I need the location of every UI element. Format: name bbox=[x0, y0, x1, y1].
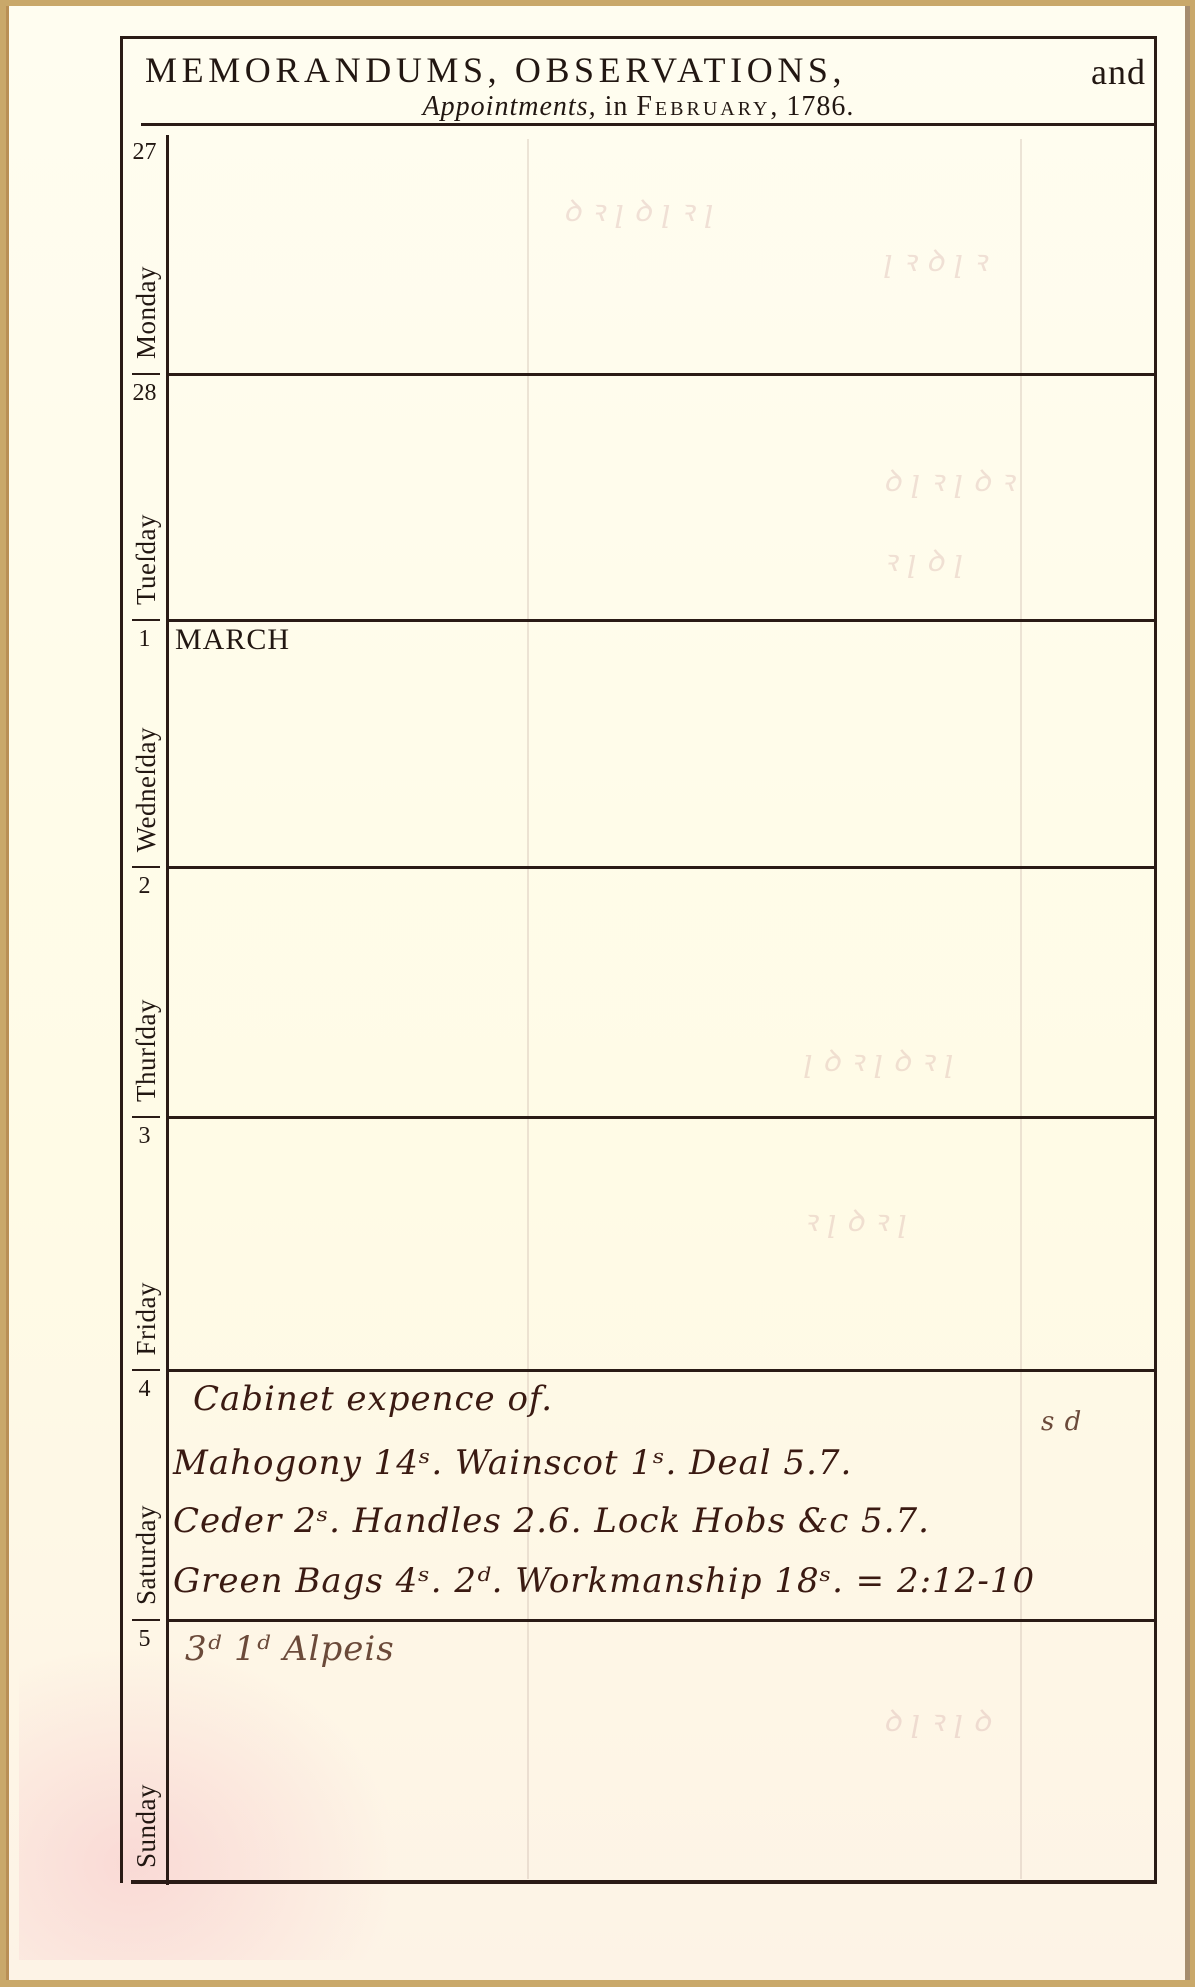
bleed-through-text: ꝺ ꞁ ꝛ ꞁ ꝺ ꝛ bbox=[883, 459, 1014, 500]
header-year: , 1786. bbox=[770, 91, 854, 122]
handwritten-line: 3ᵈ 1ᵈ Alpeis bbox=[185, 1629, 395, 1669]
day-separator bbox=[169, 1369, 1154, 1372]
day-number: 27 bbox=[123, 139, 166, 166]
day-column-rule bbox=[166, 135, 169, 1885]
day-separator-tick bbox=[132, 1116, 160, 1118]
day-separator-tick bbox=[132, 619, 160, 621]
bleed-through-text: ꝺ ꝛ ꞁ ꝺ ꞁ ꝛ ꞁ bbox=[563, 189, 713, 230]
day-separator bbox=[169, 1116, 1154, 1119]
day-separator bbox=[169, 1619, 1154, 1622]
day-name: Saturday bbox=[131, 1505, 159, 1605]
bleed-through-text: ꞁ ꝛ ꝺ ꞁ ꝛ bbox=[883, 239, 987, 280]
day-separator bbox=[169, 619, 1154, 622]
day-name: Wedneſday bbox=[131, 727, 159, 852]
day-separator bbox=[169, 866, 1154, 869]
bleed-rule bbox=[1020, 139, 1022, 1879]
day-name: Monday bbox=[131, 266, 159, 359]
header-title-and: and bbox=[1091, 51, 1146, 93]
header-title-main: MEMORANDUMS, OBSERVATIONS, bbox=[145, 50, 846, 90]
day-number: 1 bbox=[123, 626, 166, 653]
bleed-through-text: ꝛ ꞁ ꝺ ꝛ ꞁ bbox=[803, 1199, 907, 1240]
header-appointments: Appointments, bbox=[423, 91, 597, 122]
day-separator bbox=[169, 373, 1154, 376]
page-header: MEMORANDUMS, OBSERVATIONS, and Appointme… bbox=[123, 39, 1154, 126]
header-rule bbox=[141, 123, 1154, 126]
day-name: Tueſday bbox=[131, 514, 159, 605]
page-frame: MEMORANDUMS, OBSERVATIONS, and Appointme… bbox=[120, 36, 1157, 1883]
page-frame-bottom-rule bbox=[131, 1880, 1157, 1884]
day-cell-thursday: 2 Thurſday bbox=[123, 869, 166, 1116]
day-cell-monday: 27 Monday bbox=[123, 135, 166, 373]
day-cell-sunday: 5 Sunday bbox=[123, 1622, 166, 1882]
bleed-rule bbox=[527, 139, 529, 1879]
handwritten-superscript: s d bbox=[1041, 1407, 1082, 1437]
day-number: 5 bbox=[123, 1626, 166, 1653]
header-title-line2: Appointments, in February, 1786. bbox=[123, 91, 1154, 123]
bleed-through-text: ꝺ ꞁ ꝛ ꞁ ꝺ bbox=[883, 1699, 991, 1740]
day-separator-tick bbox=[132, 866, 160, 868]
day-name: Friday bbox=[131, 1282, 159, 1356]
bleed-through-text: ꝛ ꞁ ꝺ ꞁ bbox=[883, 539, 963, 580]
day-separator-tick bbox=[132, 1619, 160, 1621]
almanac-page: MEMORANDUMS, OBSERVATIONS, and Appointme… bbox=[6, 6, 1190, 1980]
day-cell-saturday: 4 Saturday bbox=[123, 1372, 166, 1619]
handwritten-line: Ceder 2ˢ. Handles 2.6. Lock Hobs &c 5.7. bbox=[173, 1501, 930, 1541]
header-month: February bbox=[636, 91, 770, 122]
day-name: Thurſday bbox=[131, 999, 159, 1102]
day-number: 3 bbox=[123, 1123, 166, 1150]
day-cell-tuesday: 28 Tueſday bbox=[123, 376, 166, 619]
day-cell-friday: 3 Friday bbox=[123, 1119, 166, 1369]
header-title-line1: MEMORANDUMS, OBSERVATIONS, and bbox=[145, 49, 1146, 93]
day-number: 2 bbox=[123, 873, 166, 900]
header-in: in bbox=[597, 91, 637, 122]
handwritten-line: Green Bags 4ˢ. 2ᵈ. Workmanship 18ˢ. = 2:… bbox=[173, 1561, 1035, 1601]
handwritten-line: Cabinet expence of. bbox=[193, 1379, 553, 1419]
day-cell-wednesday: 1 Wedneſday bbox=[123, 622, 166, 866]
day-number: 28 bbox=[123, 380, 166, 407]
bleed-through-text: ꞁ ꝺ ꝛ ꞁ ꝺ ꝛ ꞁ bbox=[803, 1039, 953, 1080]
day-separator-tick bbox=[132, 373, 160, 375]
day-number: 4 bbox=[123, 1376, 166, 1403]
handwritten-line: Mahogony 14ˢ. Wainscot 1ˢ. Deal 5.7. bbox=[173, 1443, 852, 1483]
month-label-march: MARCH bbox=[175, 623, 290, 657]
day-name: Sunday bbox=[131, 1784, 159, 1868]
day-separator-tick bbox=[132, 1369, 160, 1371]
